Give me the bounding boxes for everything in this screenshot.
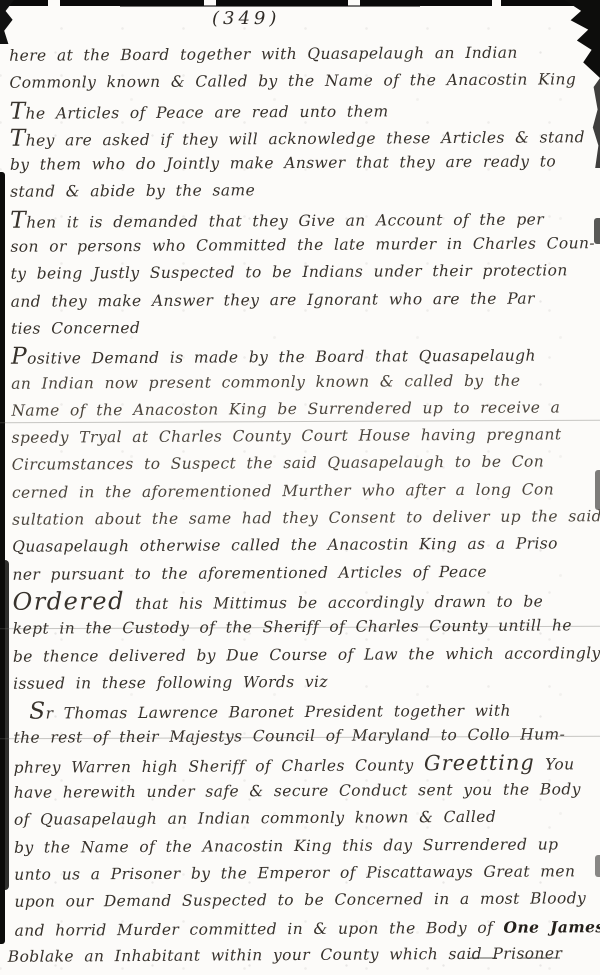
manuscript-line: ty being Justly Suspected to be Indians … [11,258,583,289]
manuscript-line: Name of the Anacoston King be Surrendere… [11,394,583,425]
manuscript-line: speedy Tryal at Charles County Court Hou… [12,421,584,452]
manuscript-line: the rest of their Majestys Council of Ma… [13,722,585,753]
scan-mark-right-3 [595,855,600,877]
scan-bar-left-thick [0,560,9,890]
manuscript-line: Boblake an Inhabitant within your County… [8,940,587,971]
manuscript-line: sultation about the same had they Consen… [12,503,584,534]
manuscript-line: Positive Demand is made by the Board tha… [11,340,583,371]
manuscript-line: kept in the Custody of the Sheriff of Ch… [13,612,585,643]
manuscript-line: They are asked if they will acknowledge … [10,121,582,152]
manuscript-line: Sr Thomas Lawrence Baronet President tog… [13,694,585,725]
manuscript-line: Circumstances to Suspect the said Quasap… [12,449,584,480]
manuscript-line: Then it is demanded that they Give an Ac… [10,203,582,234]
scan-mark-right-2 [595,470,600,510]
manuscript-text: here at the Board together with Quasapel… [9,39,587,971]
manuscript-line: of Quasapelaugh an Indian commonly known… [14,804,586,835]
page-number: (349) [212,8,280,29]
manuscript-line-james: and horrid Murder committed in & upon th… [15,913,587,944]
greeting-before: phrey Warren high Sheriff of Charles Cou… [14,756,414,776]
greeting-after: You [545,755,575,773]
james-before: and horrid Murder committed in & upon th… [15,918,494,939]
manuscript-line: an Indian now present commonly known & c… [11,367,583,398]
manuscript-line-ordered: Ordered that his Mittimus be accordingly… [13,585,585,616]
manuscript-line: be thence delivered by Due Course of Law… [13,640,585,671]
manuscript-line: ties Concerned [11,312,583,343]
manuscript-line: son or persons who Committed the late mu… [10,230,582,261]
manuscript-line-greeting: phrey Warren high Sheriff of Charles Cou… [14,749,586,780]
ordered-word: Ordered [12,587,124,616]
james-name: One James [503,917,600,937]
manuscript-line: by them who do Jointly make Answer that … [10,148,582,179]
manuscript-line: have herewith under safe & secure Conduc… [14,776,586,807]
manuscript-line: Commonly known & Called by the Name of t… [9,67,581,98]
manuscript-line: issued in these following Words viz [13,667,585,698]
manuscript-line: The Articles of Peace are read unto them [10,94,582,125]
manuscript-line: upon our Demand Suspected to be Concerne… [14,885,586,916]
manuscript-line: cerned in the aforementioned Murther who… [12,476,584,507]
ordered-rest: that his Mittimus be accordingly drawn t… [135,592,543,612]
greeting-word: Greetting [424,750,535,775]
manuscript-line: Quasapelaugh otherwise called the Anacos… [12,531,584,562]
scan-edge-top-shadow [120,5,420,7]
manuscript-line: unto us a Prisoner by the Emperor of Pis… [14,858,586,889]
manuscript-line: ner pursuant to the aforementioned Artic… [12,558,584,589]
manuscript-line: and they make Answer they are Ignorant w… [11,285,583,316]
manuscript-line: stand & abide by the same [10,176,582,207]
manuscript-line: by the Name of the Anacostin King this d… [14,831,586,862]
manuscript-line: here at the Board together with Quasapel… [9,39,581,70]
